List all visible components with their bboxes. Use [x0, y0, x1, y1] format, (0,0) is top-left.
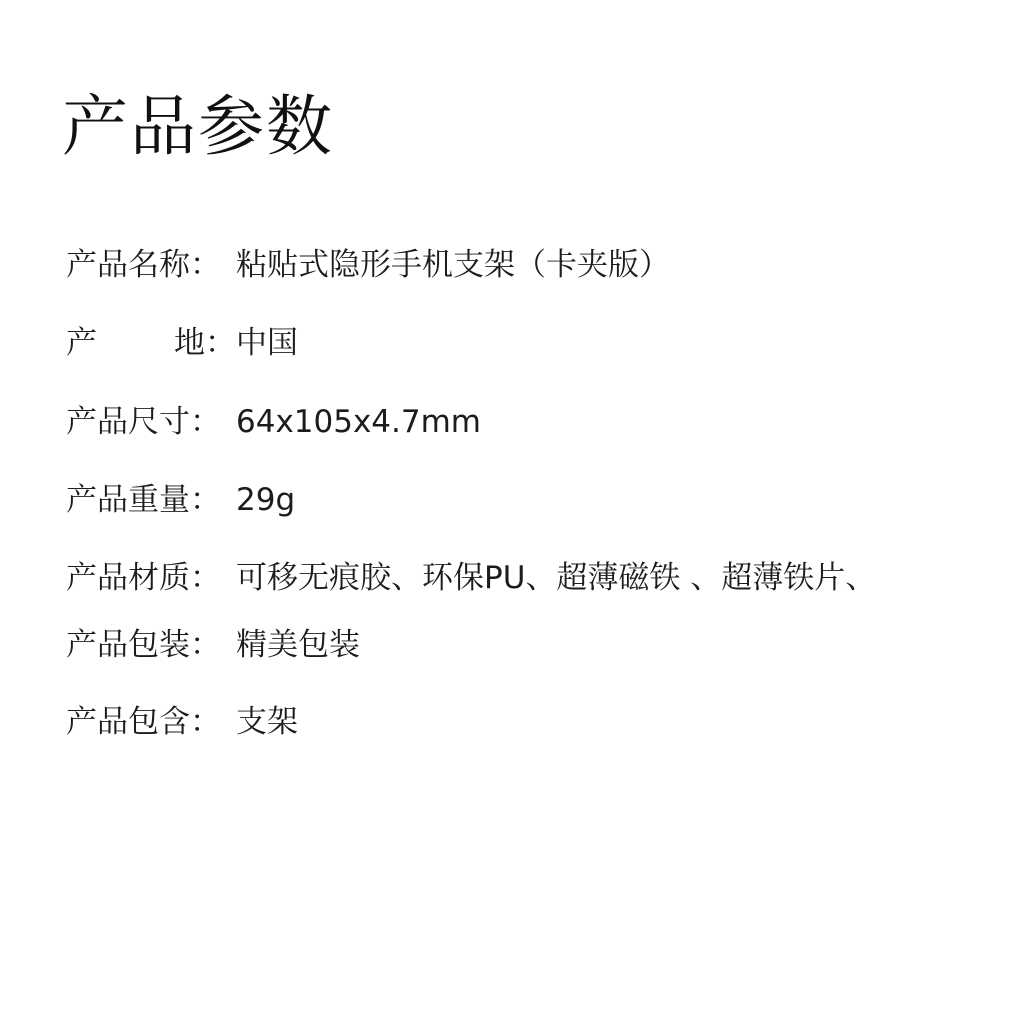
- spec-label: 产品名称：: [66, 243, 236, 287]
- spec-row-size: 产品尺寸： 64x105x4.7mm: [66, 400, 481, 444]
- spec-label: 产品材质：: [66, 556, 236, 600]
- spec-label: 产品重量：: [66, 478, 236, 522]
- spec-label-left: 产: [66, 321, 97, 365]
- spec-value: 中国: [236, 321, 298, 365]
- spec-row-material: 产品材质： 可移无痕胶、环保PU、超薄磁铁 、超薄铁片、: [66, 556, 876, 600]
- spec-value: 支架: [236, 700, 298, 744]
- spec-label: 产 地：: [66, 321, 236, 365]
- spec-value: 粘贴式隐形手机支架（卡夹版）: [236, 243, 670, 287]
- spec-row-weight: 产品重量： 29g: [66, 478, 295, 522]
- spec-value: 64x105x4.7mm: [236, 400, 481, 444]
- spec-label: 产品包含：: [66, 700, 236, 744]
- spec-row-origin: 产 地： 中国: [66, 321, 298, 365]
- spec-value: 29g: [236, 478, 295, 522]
- page-title: 产品参数: [62, 84, 334, 170]
- spec-label: 产品尺寸：: [66, 400, 236, 444]
- spec-value: 可移无痕胶、环保PU、超薄磁铁 、超薄铁片、: [236, 556, 876, 600]
- spec-value: 精美包装: [236, 623, 360, 667]
- spec-label-right: 地：: [174, 321, 236, 365]
- spec-row-contents: 产品包含： 支架: [66, 700, 298, 744]
- spec-row-product-name: 产品名称： 粘贴式隐形手机支架（卡夹版）: [66, 243, 670, 287]
- spec-label: 产品包装：: [66, 623, 236, 667]
- spec-row-packaging: 产品包装： 精美包装: [66, 623, 360, 667]
